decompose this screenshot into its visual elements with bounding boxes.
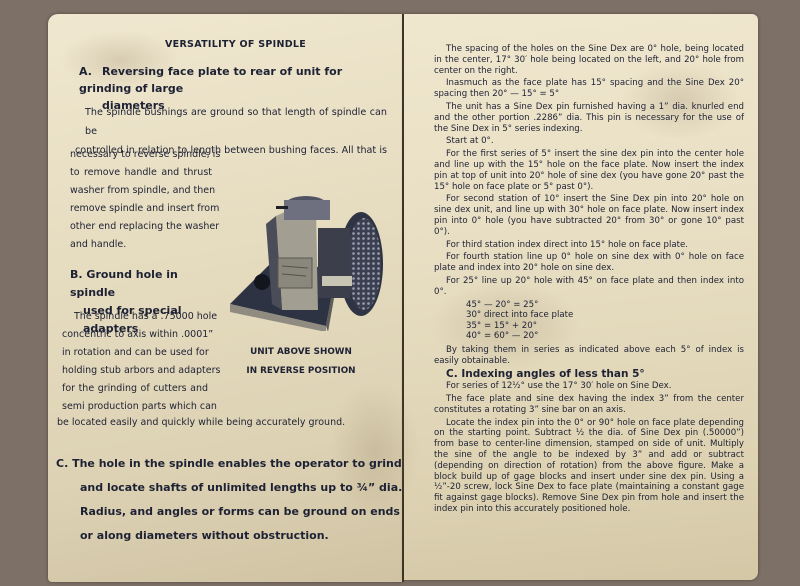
- paragraph: For fourth station line up 0° hole on si…: [434, 252, 744, 274]
- section-b-last-line: be located easily and quickly while bein…: [57, 414, 377, 432]
- text-line: for the grinding of cutters and: [62, 380, 208, 398]
- paragraph: For the first series of 5° insert the si…: [434, 149, 744, 192]
- section-c-line: or along diameters without obstruction.: [80, 524, 352, 548]
- section-c-line: Radius, and angles or forms can be groun…: [80, 500, 352, 524]
- text-line: holding stub arbors and adapters: [62, 362, 208, 380]
- paragraph: Inasmuch as the face plate has 15° spaci…: [434, 78, 744, 100]
- section-b-narrow-text: The spindle has a .75000 hole concentric…: [62, 308, 208, 416]
- paragraph: The unit has a Sine Dex pin furnished ha…: [434, 102, 744, 134]
- text-line: to remove handle and thrust: [70, 164, 212, 182]
- series-note: By taking them in series as indicated ab…: [434, 345, 744, 367]
- paragraph: For second station of 10° insert the Sin…: [434, 194, 744, 237]
- equation: 30° direct into face plate: [434, 310, 744, 321]
- equation: 40° = 60° — 20°: [434, 331, 744, 342]
- spindle-unit-photo: [226, 186, 396, 331]
- paragraph: For 25° line up 20° hole with 45° on fac…: [434, 276, 744, 298]
- caption-line: UNIT ABOVE SHOWN: [246, 343, 356, 362]
- text-line: remove spindle and insert from: [70, 200, 212, 218]
- paragraph: For series of 12½° use the 17° 30′ hole …: [434, 381, 744, 392]
- page-title: VERSATILITY OF SPINDLE: [165, 39, 306, 50]
- section-b-label: B.: [70, 268, 83, 281]
- text-line: The spindle has a .75000 hole: [62, 308, 208, 326]
- section-a-heading-line1: Reversing face plate to rear of unit for…: [79, 65, 342, 95]
- section-c-heading: C. The hole in the spindle enables the o…: [56, 452, 352, 548]
- section-c-line: C. The hole in the spindle enables the o…: [56, 452, 352, 476]
- section-c-line: and locate shafts of unlimited lengths u…: [80, 476, 352, 500]
- image-caption: UNIT ABOVE SHOWN IN REVERSE POSITION: [246, 343, 356, 381]
- paragraph: Locate the index pin into the 0° or 90° …: [434, 418, 744, 515]
- text-line: washer from spindle, and then: [70, 182, 212, 200]
- section-b-heading-line1: Ground hole in spindle: [70, 268, 178, 299]
- text-line: concentric to axis within .0001”: [62, 326, 208, 344]
- text-line: other end replacing the washer: [70, 218, 212, 236]
- section-c-heading: C. Indexing angles of less than 5°: [434, 369, 744, 380]
- text-line: The spindle bushings are ground so that …: [75, 103, 387, 141]
- section-a-label: A.: [79, 63, 102, 80]
- equation: 45° — 20° = 25°: [434, 300, 744, 311]
- section-a-narrow-text: necessary to reverse spindle, is to remo…: [70, 146, 212, 254]
- paragraph: Start at 0°.: [434, 136, 744, 147]
- equation: 35° = 15° + 20°: [434, 321, 744, 332]
- caption-line: IN REVERSE POSITION: [246, 362, 356, 381]
- right-page-text: The spacing of the holes on the Sine Dex…: [434, 44, 744, 517]
- paragraph: For third station index direct into 15° …: [434, 240, 744, 251]
- text-line: and handle.: [70, 236, 212, 254]
- paragraph: The spacing of the holes on the Sine Dex…: [434, 44, 744, 76]
- page-fold: [402, 14, 404, 582]
- paragraph: The face plate and sine dex having the i…: [434, 394, 744, 416]
- text-line: in rotation and can be used for: [62, 344, 208, 362]
- text-line: necessary to reverse spindle, is: [70, 146, 212, 164]
